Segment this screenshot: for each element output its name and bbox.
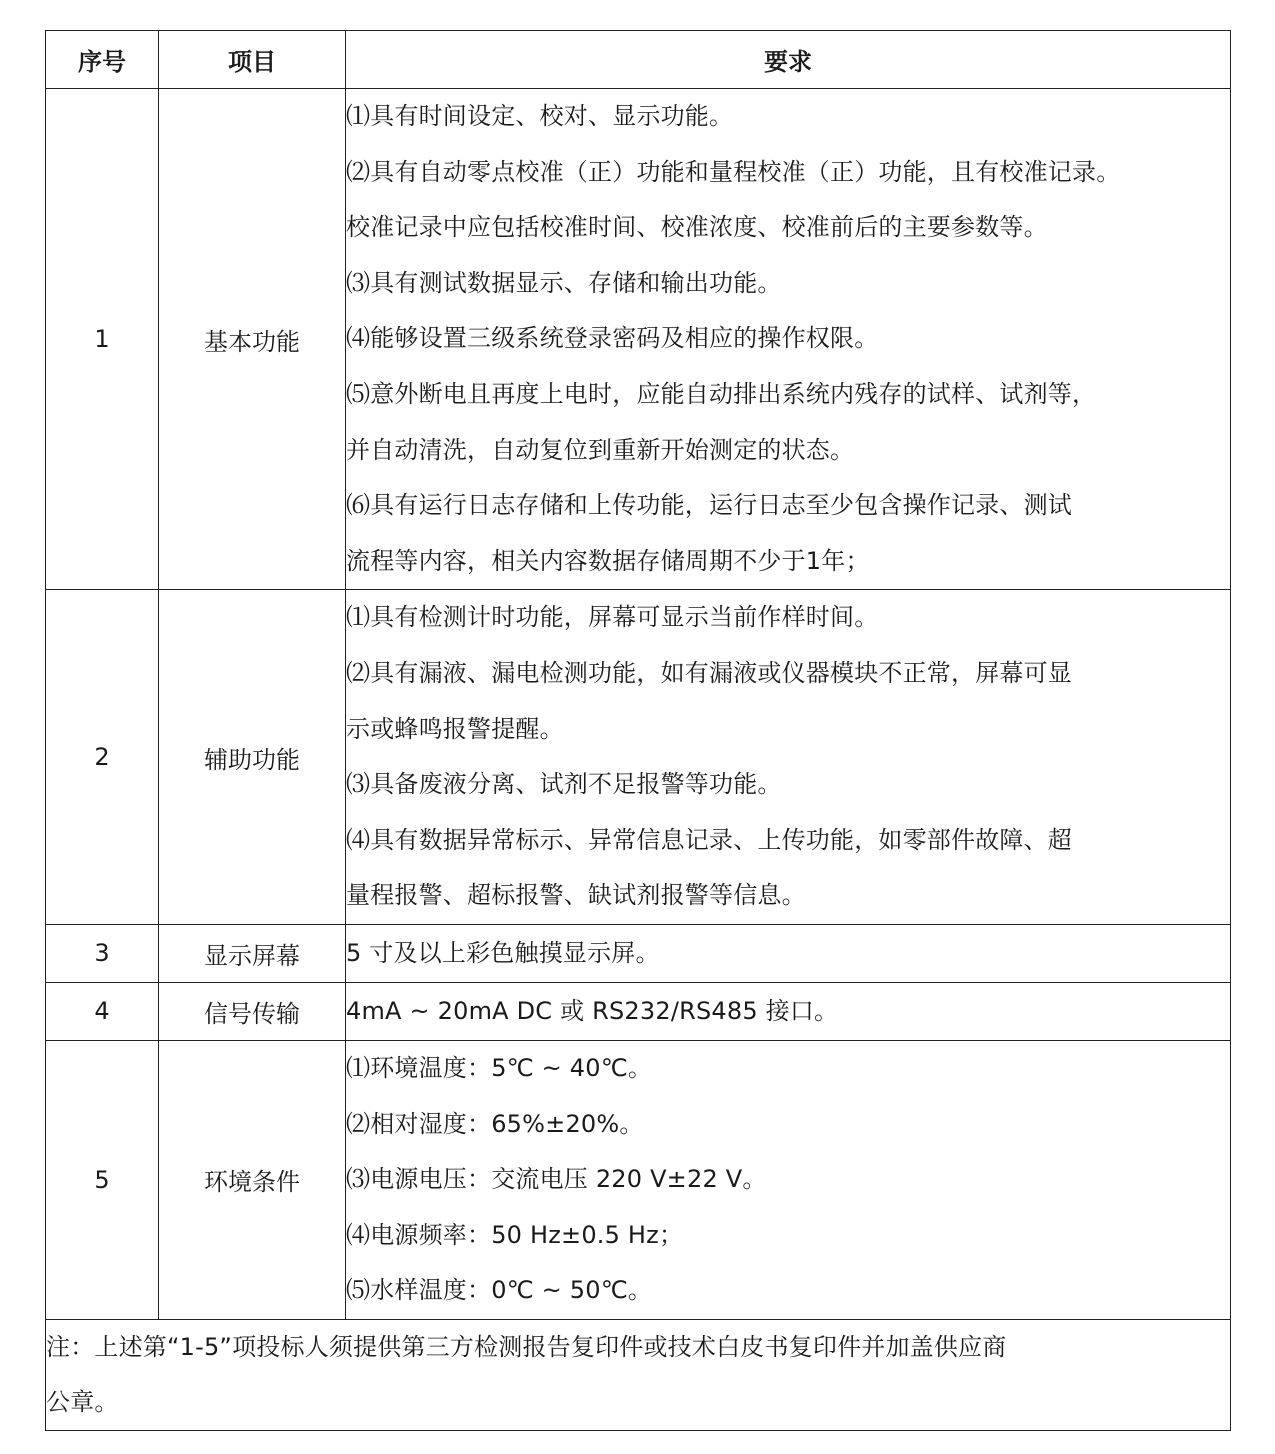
- table-row: 1 基本功能 ⑴具有时间设定、校对、显示功能。 ⑵具有自动零点校准（正）功能和量…: [46, 89, 1231, 590]
- row-item: 环境条件: [159, 1040, 346, 1319]
- row-requirement: 4mA ~ 20mA DC 或 RS232/RS485 接口。: [346, 982, 1231, 1040]
- note-line: 注：上述第“1-5”项投标人须提供第三方检测报告复印件或技术白皮书复印件并加盖供…: [46, 1320, 1230, 1375]
- requirement-line: ⑹具有运行日志存储和上传功能，运行日志至少包含操作记录、测试: [346, 478, 1230, 534]
- requirement-line: 并自动清洗，自动复位到重新开始测定的状态。: [346, 423, 1230, 479]
- requirement-line: ⑷电源频率：50 Hz±0.5 Hz；: [346, 1208, 1230, 1264]
- row-number: 2: [46, 590, 159, 925]
- table-row: 3 显示屏幕 5 寸及以上彩色触摸显示屏。: [46, 924, 1231, 982]
- requirement-line: ⑷具有数据异常标示、异常信息记录、上传功能，如零部件故障、超: [346, 813, 1230, 869]
- note-line: 公章。: [46, 1375, 1230, 1430]
- requirement-line: ⑴具有检测计时功能，屏幕可显示当前作样时间。: [346, 590, 1230, 646]
- row-number: 5: [46, 1040, 159, 1319]
- row-number: 1: [46, 89, 159, 590]
- row-requirement: ⑴具有时间设定、校对、显示功能。 ⑵具有自动零点校准（正）功能和量程校准（正）功…: [346, 89, 1231, 590]
- requirement-line: 示或蜂鸣报警提醒。: [346, 702, 1230, 758]
- table-row: 5 环境条件 ⑴环境温度：5℃ ~ 40℃。 ⑵相对湿度：65%±20%。 ⑶电…: [46, 1040, 1231, 1319]
- requirement-line: ⑶电源电压：交流电压 220 V±22 V。: [346, 1152, 1230, 1208]
- table-header-row: 序号 项目 要求: [46, 31, 1231, 89]
- requirement-line: ⑴具有时间设定、校对、显示功能。: [346, 89, 1230, 145]
- row-item: 辅助功能: [159, 590, 346, 925]
- requirement-line: 5 寸及以上彩色触摸显示屏。: [346, 926, 1230, 982]
- row-number: 4: [46, 982, 159, 1040]
- table-row: 4 信号传输 4mA ~ 20mA DC 或 RS232/RS485 接口。: [46, 982, 1231, 1040]
- requirement-line: ⑶具有测试数据显示、存储和输出功能。: [346, 256, 1230, 312]
- header-requirement: 要求: [346, 31, 1231, 89]
- table-note: 注：上述第“1-5”项投标人须提供第三方检测报告复印件或技术白皮书复印件并加盖供…: [46, 1319, 1231, 1430]
- requirements-table: 序号 项目 要求 1 基本功能 ⑴具有时间设定、校对、显示功能。 ⑵具有自动零点…: [45, 30, 1231, 1431]
- row-item: 基本功能: [159, 89, 346, 590]
- requirement-line: 流程等内容，相关内容数据存储周期不少于1年；: [346, 534, 1230, 590]
- requirement-line: ⑷能够设置三级系统登录密码及相应的操作权限。: [346, 311, 1230, 367]
- requirement-line: ⑴环境温度：5℃ ~ 40℃。: [346, 1041, 1230, 1097]
- row-requirement: 5 寸及以上彩色触摸显示屏。: [346, 924, 1231, 982]
- requirement-line: ⑵具有漏液、漏电检测功能，如有漏液或仪器模块不正常，屏幕可显: [346, 646, 1230, 702]
- requirement-line: 4mA ~ 20mA DC 或 RS232/RS485 接口。: [346, 984, 1230, 1040]
- table-row: 2 辅助功能 ⑴具有检测计时功能，屏幕可显示当前作样时间。 ⑵具有漏液、漏电检测…: [46, 590, 1231, 925]
- requirement-line: ⑵相对湿度：65%±20%。: [346, 1097, 1230, 1153]
- requirement-line: ⑵具有自动零点校准（正）功能和量程校准（正）功能，且有校准记录。: [346, 145, 1230, 201]
- requirement-line: ⑶具备废液分离、试剂不足报警等功能。: [346, 757, 1230, 813]
- row-requirement: ⑴环境温度：5℃ ~ 40℃。 ⑵相对湿度：65%±20%。 ⑶电源电压：交流电…: [346, 1040, 1231, 1319]
- row-requirement: ⑴具有检测计时功能，屏幕可显示当前作样时间。 ⑵具有漏液、漏电检测功能，如有漏液…: [346, 590, 1231, 925]
- requirement-line: ⑸水样温度：0℃ ~ 50℃。: [346, 1263, 1230, 1319]
- header-no: 序号: [46, 31, 159, 89]
- header-item: 项目: [159, 31, 346, 89]
- requirement-line: 校准记录中应包括校准时间、校准浓度、校准前后的主要参数等。: [346, 200, 1230, 256]
- row-number: 3: [46, 924, 159, 982]
- row-item: 信号传输: [159, 982, 346, 1040]
- note-row: 注：上述第“1-5”项投标人须提供第三方检测报告复印件或技术白皮书复印件并加盖供…: [46, 1319, 1231, 1430]
- row-item: 显示屏幕: [159, 924, 346, 982]
- requirement-line: ⑸意外断电且再度上电时，应能自动排出系统内残存的试样、试剂等，: [346, 367, 1230, 423]
- requirement-line: 量程报警、超标报警、缺试剂报警等信息。: [346, 868, 1230, 924]
